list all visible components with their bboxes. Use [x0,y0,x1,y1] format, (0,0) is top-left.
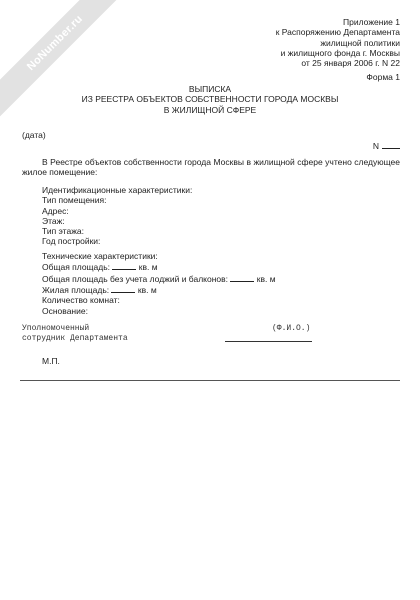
field-label: Тип этажа: [42,226,192,236]
appendix-header: Приложение 1 к Распоряжению Департамента… [276,17,400,68]
fio-label: (Ф.И.О.) [272,324,310,333]
field-label: Жилая площадь: [42,285,109,295]
blank-line [111,284,135,293]
signature-blank [225,341,312,342]
blank-line [230,273,254,282]
watermark-text: NoNumber.ru [25,13,85,73]
document-number: N [373,140,400,151]
authorized-employee: Уполномоченный сотрудник Департамента [22,324,128,344]
field-label: Этаж: [42,216,192,226]
basis-label: Основание: [42,306,88,316]
appendix-line: от 25 января 2006 г. N 22 [276,58,400,68]
signature-line: Уполномоченный [22,324,128,334]
intro-paragraph: В Реестре объектов собственности города … [22,157,400,178]
title-line: В ЖИЛИЩНОЙ СФЕРЕ [0,105,420,115]
signature-line: сотрудник Департамента [22,334,128,344]
section-heading: Идентификационные характеристики: [42,185,192,195]
document-title: ВЫПИСКА ИЗ РЕЕСТРА ОБЪЕКТОВ СОБСТВЕННОСТ… [0,84,420,115]
unit-label: кв. м [138,285,157,295]
appendix-line: и жилищного фонда г. Москвы [276,48,400,58]
unit-label: кв. м [257,274,276,284]
total-area-row: Общая площадь: кв. м [42,261,276,272]
number-blank [382,140,400,149]
section-heading: Технические характеристики: [42,251,276,261]
field-label: Адрес: [42,206,192,216]
unit-label: кв. м [139,262,158,272]
title-line: ВЫПИСКА [0,84,420,94]
appendix-line: Приложение 1 [276,17,400,27]
divider [20,380,400,381]
title-line: ИЗ РЕЕСТРА ОБЪЕКТОВ СОБСТВЕННОСТИ ГОРОДА… [0,94,420,104]
field-label: Тип помещения: [42,195,192,205]
identification-section: Идентификационные характеристики: Тип по… [42,185,192,247]
field-label: Год постройки: [42,236,192,246]
date-label: (дата) [22,130,46,140]
living-area-row: Жилая площадь: кв. м [42,284,276,295]
field-label: Общая площадь без учета лоджий и балконо… [42,274,228,284]
area-without-balconies-row: Общая площадь без учета лоджий и балконо… [42,273,276,284]
number-label: N [373,141,379,151]
rooms-count-label: Количество комнат: [42,295,276,305]
technical-section: Технические характеристики: Общая площад… [42,251,276,305]
form-number: Форма 1 [366,72,400,82]
appendix-line: к Распоряжению Департамента [276,27,400,37]
field-label: Общая площадь: [42,262,110,272]
blank-line [112,261,136,270]
stamp-label: М.П. [42,356,60,366]
appendix-line: жилищной политики [276,38,400,48]
